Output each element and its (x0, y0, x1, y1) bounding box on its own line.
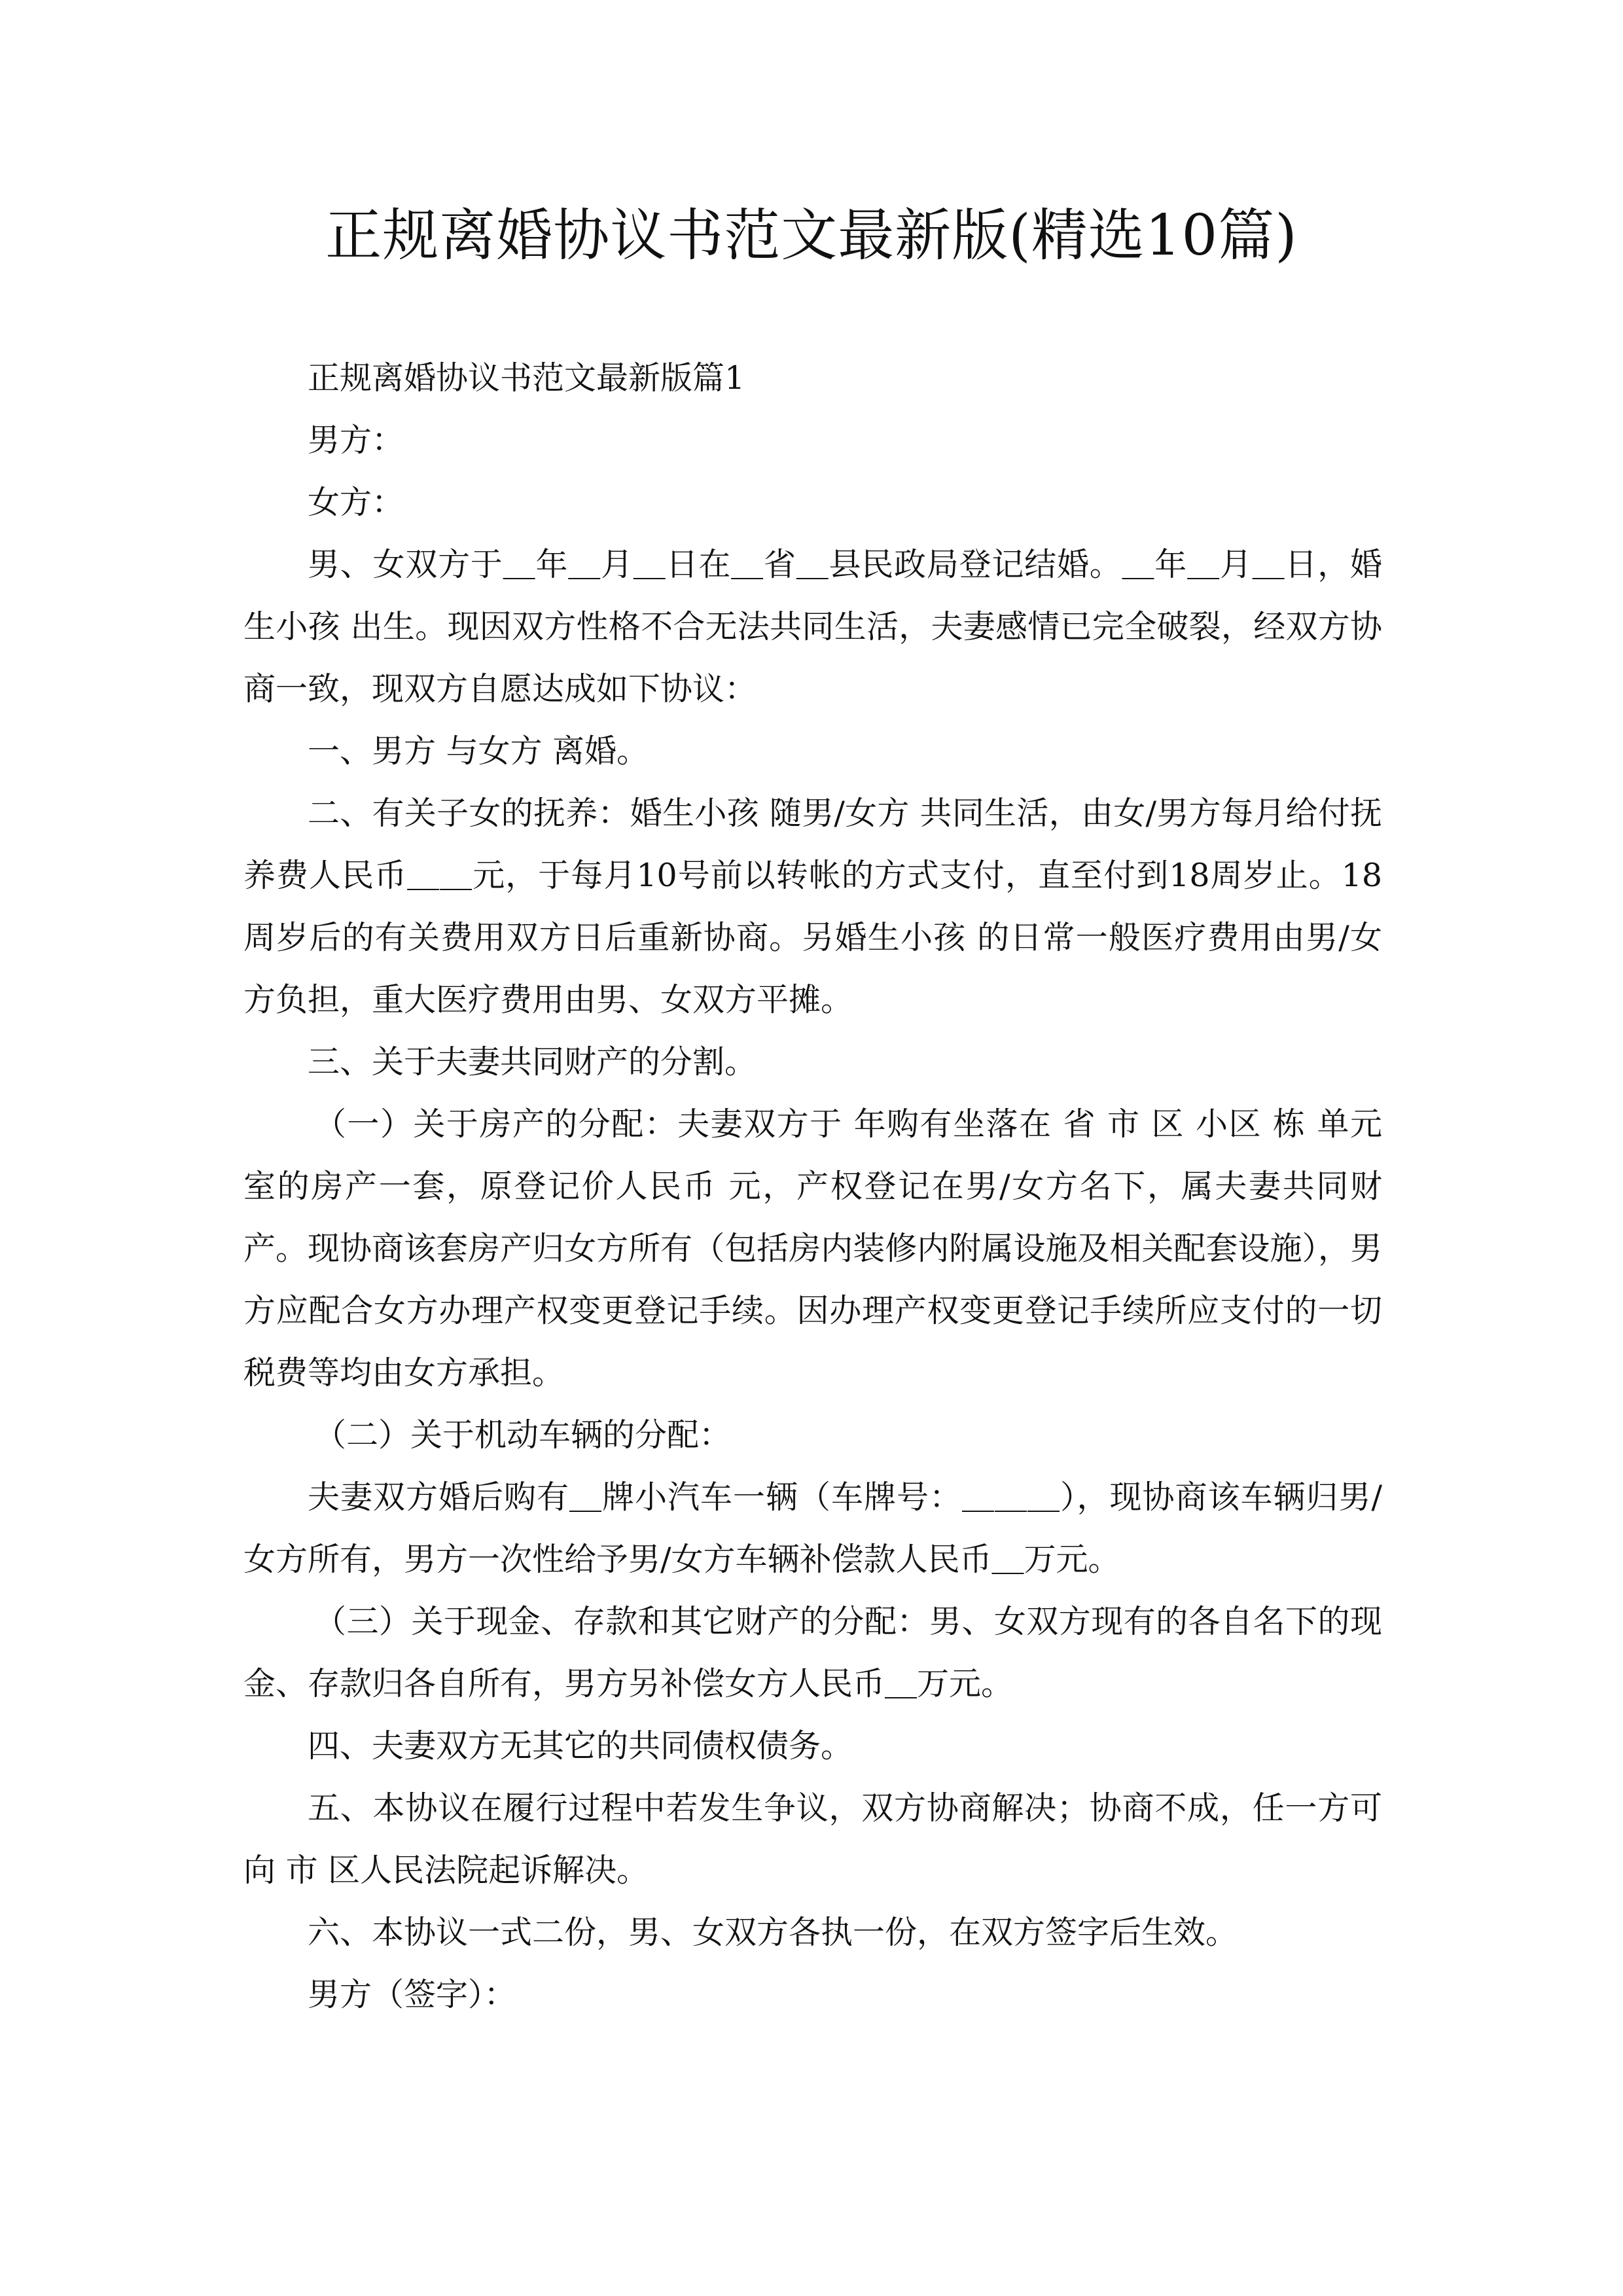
preamble-paragraph: 男、女双方于＿年＿月＿日在＿省＿县民政局登记结婚。＿年＿月＿日，婚生小孩 出生。… (243, 533, 1382, 720)
clause-no-debts: 四、夫妻双方无其它的共同债权债务。 (243, 1715, 1382, 1777)
clause-copies: 六、本协议一式二份，男、女双方各执一份，在双方签字后生效。 (243, 1901, 1382, 1964)
clause-dispute-resolution: 五、本协议在履行过程中若发生争议，双方协商解决；协商不成，任一方可向 市 区人民… (243, 1777, 1382, 1901)
male-signature-line: 男方（签字）： (243, 1964, 1382, 2026)
document-title: 正规离婚协议书范文最新版(精选10篇) (0, 196, 1623, 275)
clause-vehicle-heading: （二）关于机动车辆的分配： (243, 1404, 1382, 1466)
document-body: 正规离婚协议书范文最新版篇1 男方： 女方： 男、女双方于＿年＿月＿日在＿省＿县… (243, 347, 1382, 2026)
male-party-label: 男方： (243, 409, 1382, 471)
clause-child-support: 二、有关子女的抚养：婚生小孩 随男/女方 共同生活，由女/男方每月给付抚养费人民… (243, 782, 1382, 1031)
clause-real-estate: （一）关于房产的分配：夫妻双方于 年购有坐落在 省 市 区 小区 栋 单元 室的… (243, 1093, 1382, 1404)
clause-cash-deposits: （三）关于现金、存款和其它财产的分配：男、女双方现有的各自名下的现金、存款归各自… (243, 1590, 1382, 1715)
section-heading: 正规离婚协议书范文最新版篇1 (243, 347, 1382, 409)
clause-property-division: 三、关于夫妻共同财产的分割。 (243, 1031, 1382, 1093)
clause-vehicle-body: 夫妻双方婚后购有＿牌小汽车一辆（车牌号：＿＿＿），现协商该车辆归男/女方所有，男… (243, 1466, 1382, 1590)
document-page: 正规离婚协议书范文最新版(精选10篇) 正规离婚协议书范文最新版篇1 男方： 女… (0, 0, 1623, 2296)
female-party-label: 女方： (243, 471, 1382, 533)
clause-divorce: 一、男方 与女方 离婚。 (243, 720, 1382, 782)
